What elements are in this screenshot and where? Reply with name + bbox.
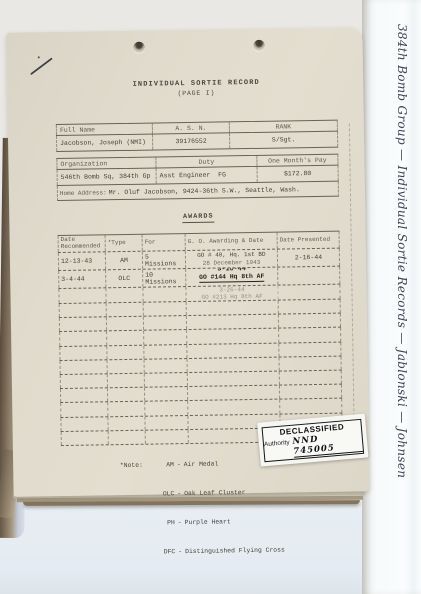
value-full-name: Jacobson, Joseph (NMI) [56, 135, 153, 152]
header-go-awarding: G. O. Awarding & Date [186, 233, 278, 250]
award-for: 10 Missions [143, 269, 186, 287]
notes-block: *Note:AM-Air Medal OLC-Oak Leaf Cluster … [61, 448, 345, 568]
header-organization: Organization [56, 157, 156, 169]
form-body: Full Name A. S. N. RANK Jacobson, Joseph… [56, 120, 345, 569]
header-pay: One Month's Pay [257, 155, 338, 166]
awards-heading: AWARDS [57, 211, 339, 223]
header-full-name: Full Name [56, 124, 153, 136]
authority-number: NND 745005 [292, 431, 363, 458]
scanned-archive-photo: { "page": { "title_line1": "INDIVIDUAL S… [0, 0, 421, 594]
award-go-awarding-faint: 3-26-44 GO #213 Hq 8th AF [186, 286, 278, 301]
pencil-dot [38, 56, 40, 58]
header-rank: RANK [230, 121, 338, 133]
awards-table: Date Recommended *Type For G. O. Awardin… [58, 231, 343, 446]
header-for: For [143, 234, 186, 251]
header-asn: A. S. N. [153, 122, 230, 133]
identity-table: Full Name A. S. N. RANK Jacobson, Joseph… [56, 120, 338, 152]
punch-hole-right [254, 40, 265, 51]
value-duty: Asst Engineer FG [157, 167, 258, 184]
award-date-recommended: 12-13-43 [58, 252, 106, 270]
value-organization: 546th Bomb Sq, 384th Gp [57, 168, 157, 185]
home-address-value: Mr. Oluf Jacobson, 9424-36th S.W., Seatt… [109, 186, 300, 196]
home-address-row: Home Address: Mr. Oluf Jacobson, 9424-36… [57, 182, 339, 201]
punch-hole-left [134, 42, 145, 53]
margin-annotation: 384th Bomb Group — Individual Sortie Rec… [395, 24, 409, 478]
header-type: *Type [106, 235, 143, 252]
declassified-sticker: DECLASSIFIED Authority NND 745005 [257, 414, 368, 467]
value-asn: 39176552 [153, 133, 230, 149]
authority-label: Authority [264, 439, 290, 448]
value-pay: $172.80 [258, 166, 339, 182]
header-date-recommended: Date Recommended [58, 235, 106, 252]
pencil-checkmark [30, 57, 53, 75]
organization-table: Organization Duty One Month's Pay 546th … [56, 154, 339, 201]
right-margin-rule [349, 123, 355, 441]
note-label: *Note: [120, 461, 154, 471]
award-for: 5 Missions [143, 251, 186, 269]
page-title: INDIVIDUAL SORTIE RECORD (PAGE I) [55, 78, 337, 99]
award-date-recommended: 3-4-44 [58, 270, 106, 288]
header-date-presented: Date Presented [278, 232, 340, 249]
home-address-label: Home Address: [60, 189, 107, 197]
header-duty: Duty [156, 156, 257, 168]
identity-value-row: Jacobson, Joseph (NMI) 39176552 S/Sgt. [56, 132, 338, 152]
award-go-awarding: GO # 40, Hq. 1st BD 28 December 1943 [186, 250, 278, 268]
award-type: OLC [106, 270, 143, 288]
folder-edge: 384th Bomb Group — Individual Sortie Rec… [362, 0, 421, 594]
award-type: AM [106, 252, 143, 270]
award-go-awarding-stamp: 3-10-44 GO #144 Hq 8th AF [186, 268, 278, 286]
stamp-go-number: GO #144 Hq 8th AF [199, 273, 264, 283]
award-date-presented [278, 267, 340, 285]
award-date-presented: 2-16-44 [278, 249, 340, 267]
value-rank: S/Sgt. [230, 132, 338, 149]
document-page: INDIVIDUAL SORTIE RECORD (PAGE I) Full N… [6, 27, 369, 497]
